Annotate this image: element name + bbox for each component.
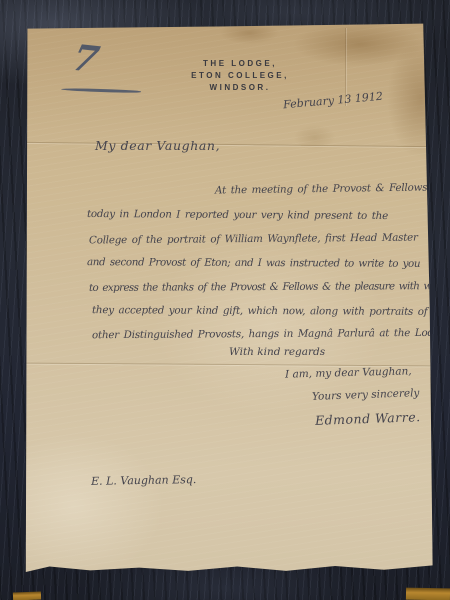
addressee: E. L. Vaughan Esq. <box>91 473 197 488</box>
gilt-book-edge-right <box>406 588 450 600</box>
archival-number-underline <box>61 88 141 94</box>
closing-sincerely: Yours very sincerely <box>312 387 420 403</box>
body-line: At the meeting of the Provost & Fellows <box>215 182 427 197</box>
photo-surface: 7 THE LODGE, ETON COLLEGE, WINDSOR. Febr… <box>0 0 450 600</box>
body-line: other Distinguished Provosts, hangs in M… <box>92 327 449 341</box>
signature: Edmond Warre. <box>315 409 421 428</box>
gilt-book-edge-left <box>13 592 41 600</box>
letterhead: THE LODGE, ETON COLLEGE, WINDSOR. <box>175 58 305 94</box>
body-line: today in London I reported your very kin… <box>87 208 388 222</box>
body-line: to express the thanks of the Provost & F… <box>89 280 450 294</box>
body-line: they accepted your kind gift, which now,… <box>92 304 427 318</box>
letter-paper: 7 THE LODGE, ETON COLLEGE, WINDSOR. Febr… <box>25 22 433 572</box>
body-line: College of the portrait of William Waynf… <box>89 232 418 247</box>
fold-crease-top <box>25 142 433 147</box>
letterhead-line2: ETON COLLEGE, <box>175 70 305 82</box>
body-line: and second Provost of Eton; and I was in… <box>87 256 420 270</box>
letterhead-line3: WINDSOR. <box>175 82 305 94</box>
closing-regards: With kind regards <box>229 346 325 358</box>
letterhead-line1: THE LODGE, <box>175 58 305 70</box>
salutation: My dear Vaughan, <box>95 138 220 153</box>
archival-number: 7 <box>68 37 103 81</box>
closing-i-am: I am, my dear Vaughan, <box>285 365 412 380</box>
